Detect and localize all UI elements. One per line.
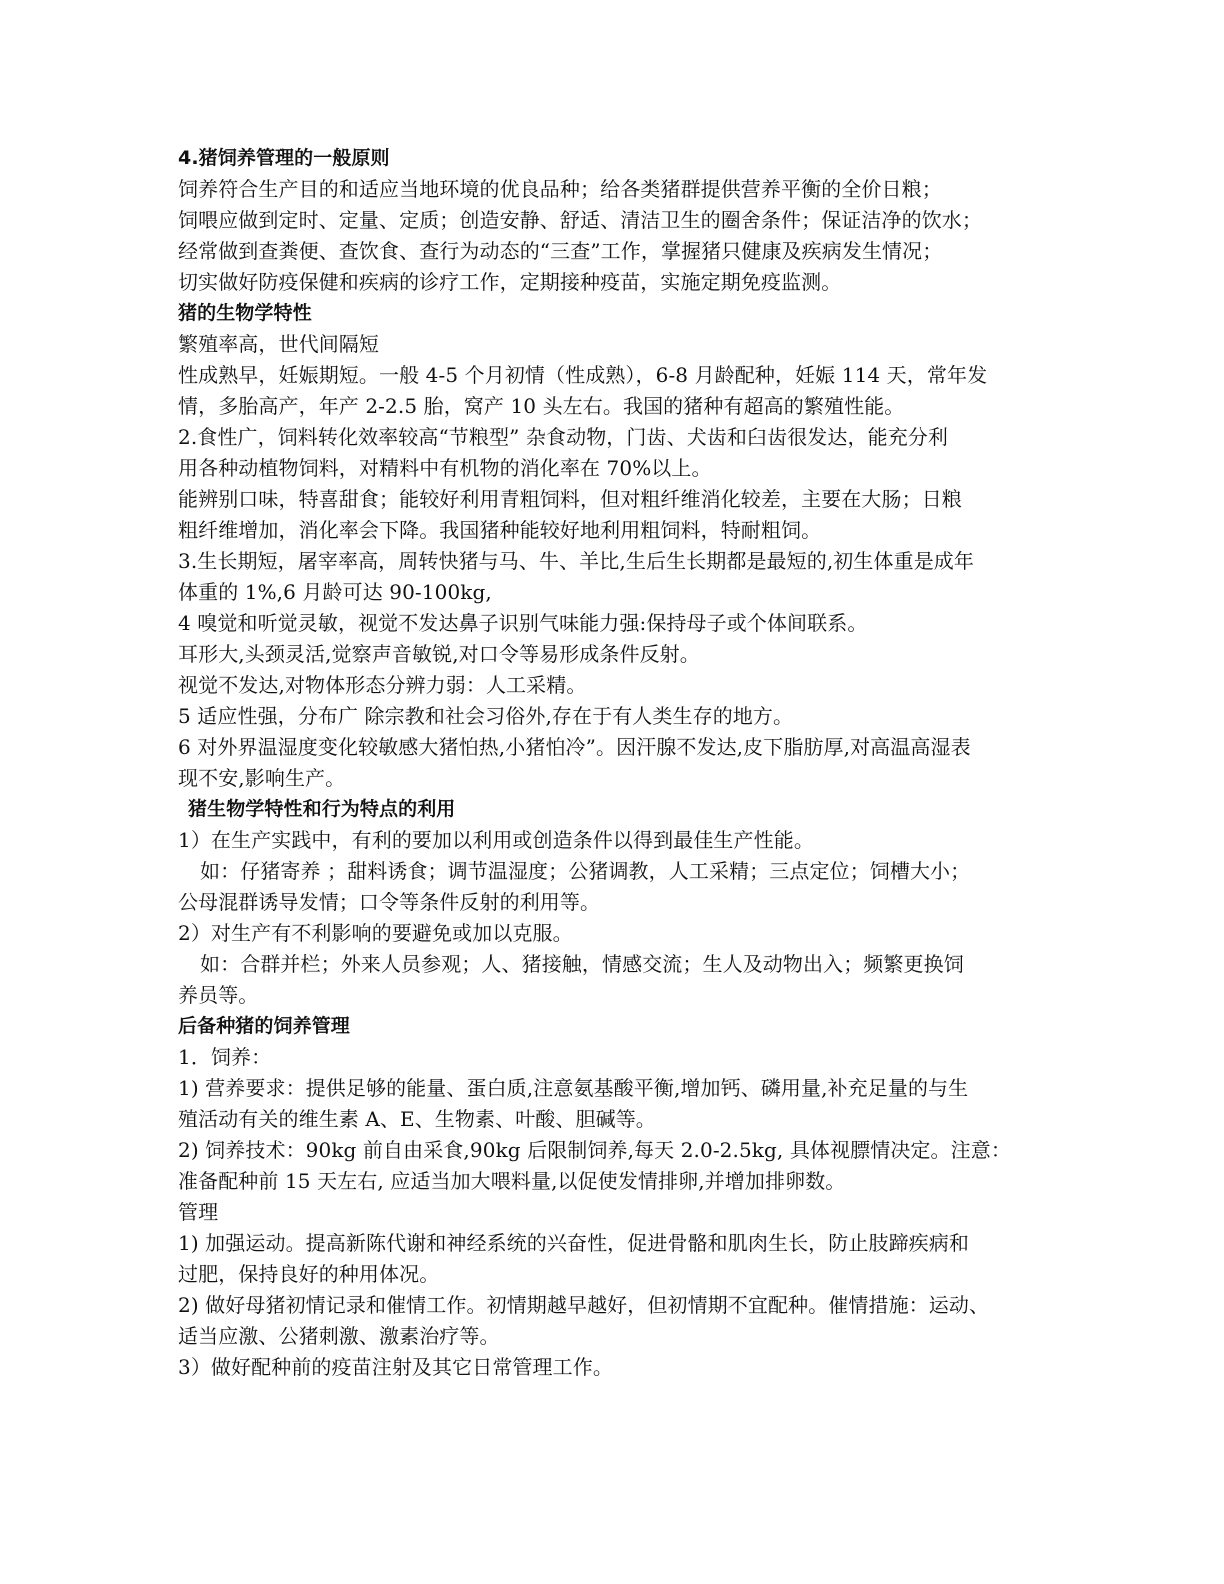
- paragraph-line: 粗纤维增加，消化率会下降。我国猪种能较好地利用粗饲料，特耐粗饲。: [178, 515, 1038, 546]
- paragraph-line: 2) 饲养技术：90kg 前自由采食,90kg 后限制饲养,每天 2.0-2.5…: [178, 1135, 1038, 1166]
- paragraph-line: 如：合群并栏；外来人员参观；人、猪接触，情感交流；生人及动物出入；频繁更换饲: [178, 949, 1038, 980]
- paragraph-line: 体重的 1%,6 月龄可达 90-100kg,: [178, 577, 1038, 608]
- paragraph-line: 经常做到查粪便、查饮食、查行为动态的“三查”工作，掌握猪只健康及疾病发生情况；: [178, 236, 1038, 267]
- document-page: 4.猪饲养管理的一般原则 饲养符合生产目的和适应当地环境的优良品种；给各类猪群提…: [178, 143, 1038, 1383]
- paragraph-line: 2.食性广，饲料转化效率较高“节粮型” 杂食动物，门齿、犬齿和臼齿很发达，能充分…: [178, 422, 1038, 453]
- section-heading-replacement-pigs: 后备种猪的饲养管理: [178, 1011, 1038, 1042]
- paragraph-line: 2) 做好母猪初情记录和催情工作。初情期越早越好，但初情期不宜配种。催情措施：运…: [178, 1290, 1038, 1321]
- paragraph-line: 1) 加强运动。提高新陈代谢和神经系统的兴奋性，促进骨骼和肌肉生长，防止肢蹄疾病…: [178, 1228, 1038, 1259]
- paragraph-line: 繁殖率高，世代间隔短: [178, 329, 1038, 360]
- paragraph-line: 6 对外界温湿度变化较敏感大猪怕热,小猪怕冷”。因汗腺不发达,皮下脂肪厚,对高温…: [178, 732, 1038, 763]
- section-heading-general-principles: 4.猪饲养管理的一般原则: [178, 143, 1038, 174]
- paragraph-line: 1) 营养要求：提供足够的能量、蛋白质,注意氨基酸平衡,增加钙、磷用量,补充足量…: [178, 1073, 1038, 1104]
- paragraph-line: 切实做好防疫保健和疾病的诊疗工作，定期接种疫苗，实施定期免疫监测。: [178, 267, 1038, 298]
- paragraph-line: 饲喂应做到定时、定量、定质；创造安静、舒适、清洁卫生的圈舍条件；保证洁净的饮水；: [178, 205, 1038, 236]
- paragraph-line: 2）对生产有不利影响的要避免或加以克服。: [178, 918, 1038, 949]
- paragraph-line: 4 嗅觉和听觉灵敏，视觉不发达鼻子识别气味能力强:保持母子或个体间联系。: [178, 608, 1038, 639]
- paragraph-line: 5 适应性强，分布广 除宗教和社会习俗外,存在于有人类生存的地方。: [178, 701, 1038, 732]
- paragraph-line: 视觉不发达,对物体形态分辨力弱：人工采精。: [178, 670, 1038, 701]
- paragraph-line: 养员等。: [178, 980, 1038, 1011]
- paragraph-line: 管理: [178, 1197, 1038, 1228]
- section-heading-traits-utilization: 猪生物学特性和行为特点的利用: [178, 794, 1038, 825]
- paragraph-line: 准备配种前 15 天左右, 应适当加大喂料量,以促使发情排卵,并增加排卵数。: [178, 1166, 1038, 1197]
- paragraph-line: 现不安,影响生产。: [178, 763, 1038, 794]
- paragraph-line: 适当应激、公猪刺激、激素治疗等。: [178, 1321, 1038, 1352]
- paragraph-line: 殖活动有关的维生素 A、E、生物素、叶酸、胆碱等。: [178, 1104, 1038, 1135]
- paragraph-line: 过肥，保持良好的种用体况。: [178, 1259, 1038, 1290]
- section-heading-biological-traits: 猪的生物学特性: [178, 298, 1038, 329]
- paragraph-line: 性成熟早，妊娠期短。一般 4-5 个月初情（性成熟），6-8 月龄配种，妊娠 1…: [178, 360, 1038, 391]
- paragraph-line: 1）在生产实践中，有利的要加以利用或创造条件以得到最佳生产性能。: [178, 825, 1038, 856]
- paragraph-line: 1．饲养：: [178, 1042, 1038, 1073]
- paragraph-line: 耳形大,头颈灵活,觉察声音敏锐,对口令等易形成条件反射。: [178, 639, 1038, 670]
- paragraph-line: 用各种动植物饲料，对精料中有机物的消化率在 70%以上。: [178, 453, 1038, 484]
- paragraph-line: 3.生长期短，屠宰率高，周转快猪与马、牛、羊比,生后生长期都是最短的,初生体重是…: [178, 546, 1038, 577]
- paragraph-line: 情，多胎高产，年产 2-2.5 胎，窝产 10 头左右。我国的猪种有超高的繁殖性…: [178, 391, 1038, 422]
- paragraph-line: 公母混群诱导发情；口令等条件反射的利用等。: [178, 887, 1038, 918]
- paragraph-line: 如：仔猪寄养 ；甜料诱食；调节温湿度；公猪调教，人工采精；三点定位；饲槽大小；: [178, 856, 1038, 887]
- paragraph-line: 能辨别口味，特喜甜食；能较好利用青粗饲料，但对粗纤维消化较差，主要在大肠；日粮: [178, 484, 1038, 515]
- paragraph-line: 3）做好配种前的疫苗注射及其它日常管理工作。: [178, 1352, 1038, 1383]
- paragraph-line: 饲养符合生产目的和适应当地环境的优良品种；给各类猪群提供营养平衡的全价日粮；: [178, 174, 1038, 205]
